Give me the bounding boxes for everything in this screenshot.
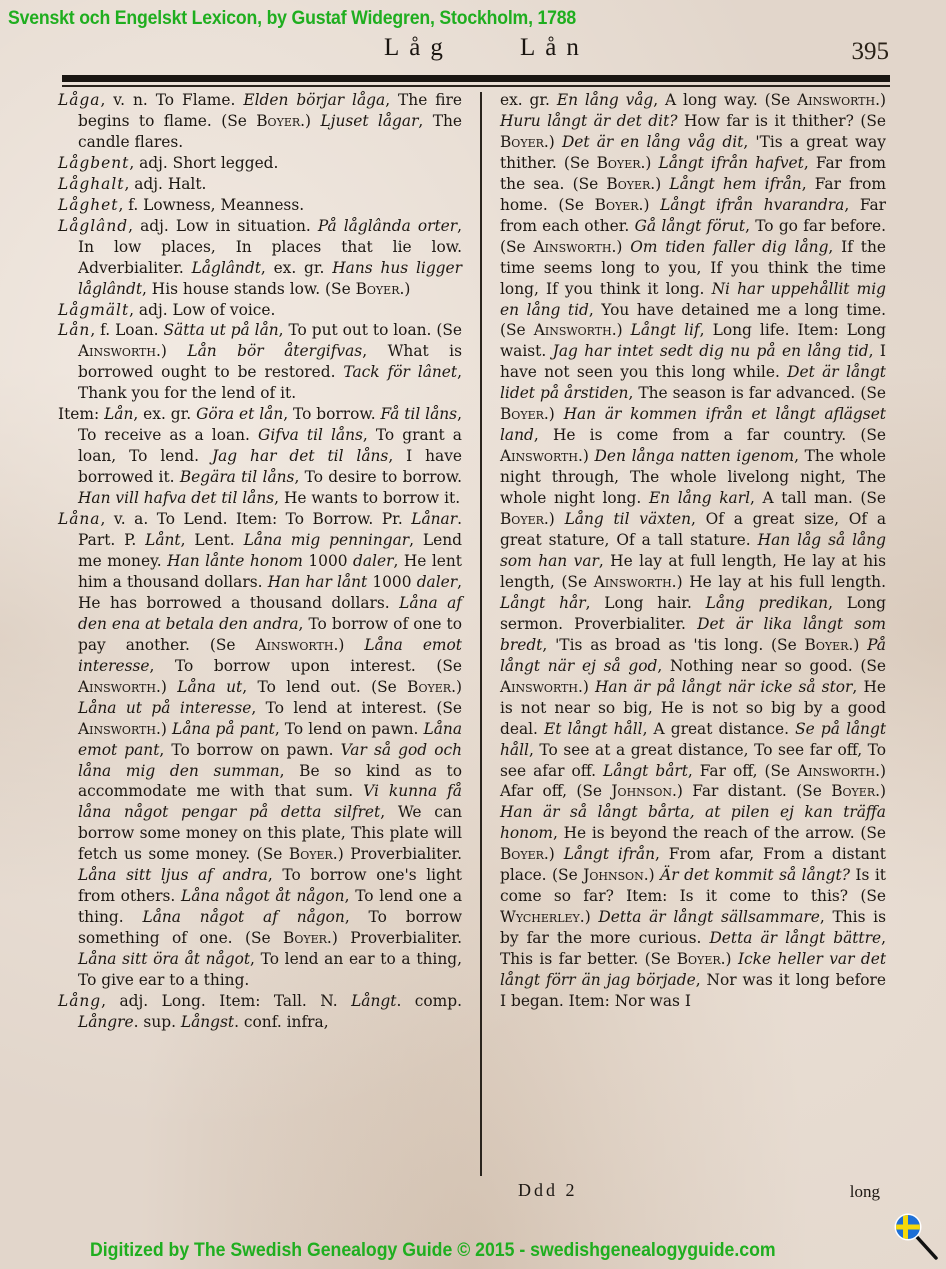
source-reference: Boyer.: [595, 196, 644, 214]
swedish-phrase: Låglândt: [192, 259, 261, 277]
headword: Lån: [58, 321, 90, 339]
entry-text: , adj. Low of voice.: [129, 301, 275, 319]
dictionary-entry: Lågmält, adj. Low of voice.: [58, 300, 462, 321]
source-reference: Boyer.: [356, 280, 405, 298]
swedish-phrase: Långt ifrån hafvet: [659, 154, 804, 172]
swedish-phrase: Ljuset lågar: [320, 112, 418, 130]
headword: Lång: [58, 992, 101, 1010]
entry-text: , To borrow upon interest. (Se: [150, 657, 463, 675]
swedish-phrase: Begära til låns: [180, 468, 295, 486]
source-reference: Boyer.: [407, 678, 456, 696]
swedish-phrase: Långt hem ifrån: [669, 175, 801, 193]
entry-text: , He is beyond the reach of the arrow. (…: [553, 824, 886, 842]
swedish-phrase: Det är en lång våg dit: [562, 133, 743, 151]
source-reference: Ainsworth.: [534, 321, 617, 339]
entry-text: ): [617, 321, 631, 339]
swedish-phrase: Lång til växten: [565, 510, 691, 528]
entry-text: ): [726, 950, 738, 968]
catchword: long: [850, 1182, 880, 1202]
entry-text: Item:: [58, 405, 104, 423]
source-reference: Boyer.: [831, 782, 880, 800]
entry-text: ): [649, 866, 660, 884]
swedish-phrase: Långt lif: [631, 321, 700, 339]
entry-text: , ex. gr.: [133, 405, 196, 423]
swedish-phrase: Han vill hafva det til låns: [78, 489, 274, 507]
entry-text: How far is it thither? (Se: [678, 112, 886, 130]
swedish-phrase: Långst: [181, 1013, 234, 1031]
entry-text: , To lend at interest. (Se: [251, 699, 462, 717]
entry-text: , To put out to loan. (Se: [279, 321, 462, 339]
entry-text: ): [161, 720, 172, 738]
swedish-phrase: Lånt: [145, 531, 181, 549]
left-column: Låga, v. n. To Flame. Elden börjar låga,…: [58, 90, 462, 1033]
entry-text: ): [549, 845, 564, 863]
source-reference: Ainsworth.: [534, 238, 617, 256]
swedish-phrase: Huru långt är det dit?: [500, 112, 678, 130]
source-reference: Boyer.: [500, 510, 549, 528]
entry-text: , adj. Short legged.: [129, 154, 278, 172]
swedish-phrase: Låna sitt öra åt något: [78, 950, 250, 968]
header-rule-thin: [62, 85, 890, 87]
dictionary-entry: Låna, v. a. To Lend. Item: To Borrow. Pr…: [58, 509, 462, 991]
swedish-phrase: Låna sitt ljus af andra: [78, 866, 268, 884]
entry-text: ): [549, 510, 565, 528]
headword: Låglând: [58, 217, 128, 235]
running-head-left-word: Låg: [384, 34, 453, 62]
entry-text: 1000: [308, 552, 353, 570]
entry-text: ) Proverbialiter.: [338, 845, 462, 863]
entry-text: , Lent.: [181, 531, 244, 549]
right-column: ex. gr. En lång våg, A long way. (Se Ain…: [500, 90, 886, 1012]
source-reference: Johnson.: [611, 782, 676, 800]
swedish-phrase: Gå långt förut: [635, 217, 745, 235]
watermark-credit: Digitized by The Swedish Genealogy Guide…: [90, 1240, 776, 1262]
entry-text: 1000: [372, 573, 416, 591]
watermark-title: Svenskt och Engelskt Lexicon, by Gustaf …: [8, 8, 576, 30]
swedish-phrase: Han lånte honom: [167, 552, 308, 570]
entry-text: , ex. gr.: [261, 259, 332, 277]
source-reference: Wycherley.: [500, 908, 585, 926]
entry-text: ) Far distant. (Se: [677, 782, 831, 800]
swedish-phrase: En lång våg: [557, 91, 653, 109]
headword: Låghet: [58, 196, 118, 214]
source-reference: Ainsworth.: [255, 636, 338, 654]
entry-text: , His house stands low. (Se: [142, 280, 356, 298]
entry-text: ): [880, 782, 886, 800]
swedish-phrase: Är det kommit så långt?: [660, 866, 850, 884]
entry-text: , A great distance.: [643, 720, 796, 738]
headword: Låna: [58, 510, 100, 528]
swedish-phrase: Låna på pant: [172, 720, 275, 738]
running-head: Låg Lån 395: [0, 30, 946, 70]
headword: Låghalt: [58, 175, 124, 193]
dictionary-entry: Lång, adj. Long. Item: Tall. N. Långt. c…: [58, 991, 462, 1033]
entry-text: ): [583, 678, 595, 696]
entry-text: ): [305, 112, 320, 130]
entry-text: , To lend on pawn.: [275, 720, 424, 738]
source-reference: Boyer.: [500, 133, 549, 151]
entry-text: , adj. Halt.: [124, 175, 206, 193]
entry-text: , A long way. (Se: [653, 91, 797, 109]
dictionary-entry: Låghet, f. Lowness, Meanness.: [58, 195, 462, 216]
swedish-phrase: Långre: [78, 1013, 134, 1031]
entry-text: , v. a. To Lend. Item: To Borrow. Pr.: [100, 510, 411, 528]
source-reference: Ainsworth.: [797, 91, 880, 109]
swedish-phrase: Jag har intet sedt dig nu på en lång tid: [553, 342, 869, 360]
entry-text: , To desire to borrow.: [294, 468, 462, 486]
swedish-phrase: Lånar: [411, 510, 457, 528]
entry-text: ): [161, 342, 188, 360]
entry-text: ): [549, 133, 562, 151]
source-reference: Boyer.: [606, 175, 655, 193]
header-rule-thick: [62, 75, 890, 82]
entry-text: , 'Tis as broad as 'tis long. (Se: [542, 636, 804, 654]
entry-text: , To lend out. (Se: [242, 678, 407, 696]
headword: Lågmält: [58, 301, 129, 319]
swedish-phrase: Låna något åt någon: [181, 887, 345, 905]
signature-mark: Ddd 2: [518, 1180, 578, 1201]
entry-text: , v. n. To Flame.: [100, 91, 243, 109]
entry-text: . conf. infra,: [234, 1013, 328, 1031]
entry-text: ): [583, 447, 595, 465]
headword: Låga: [58, 91, 100, 109]
entry-text: , He is come from a far country. (Se: [534, 426, 886, 444]
source-reference: Ainsworth.: [797, 762, 880, 780]
swedish-phrase: Låna något af någon: [143, 908, 345, 926]
swedish-phrase: Lån bör återgifvas: [187, 342, 362, 360]
entry-text: ): [161, 678, 177, 696]
swedish-phrase: En lång karl: [649, 489, 750, 507]
entry-text: , To borrow on pawn.: [159, 741, 340, 759]
source-reference: Ainsworth.: [78, 342, 161, 360]
entry-text: . sup.: [134, 1013, 181, 1031]
swedish-phrase: Den långa natten igenom: [595, 447, 795, 465]
source-reference: Ainsworth.: [594, 573, 677, 591]
swedish-phrase: Långt ifrån hvarandra: [660, 196, 844, 214]
entry-text: , f. Lowness, Meanness.: [118, 196, 304, 214]
swedish-phrase: Jag har det til låns: [212, 447, 388, 465]
column-divider: [480, 92, 482, 1176]
source-reference: Ainsworth.: [500, 678, 583, 696]
entry-text: ): [585, 908, 599, 926]
source-reference: Ainsworth.: [500, 447, 583, 465]
swedish-phrase: Elden börjar låga: [243, 91, 385, 109]
entry-text: ): [880, 91, 886, 109]
entry-text: , adj. Long. Item: Tall. N.: [101, 992, 351, 1010]
entry-text: ): [645, 154, 658, 172]
swedish-phrase: Låna ut: [177, 678, 242, 696]
source-reference: Boyer.: [256, 112, 305, 130]
running-head-right-word: Lån: [520, 34, 589, 62]
source-reference: Boyer.: [677, 950, 726, 968]
entry-text: , The season is far advanced. (Se: [628, 384, 886, 402]
dictionary-entry: Item: Lån, ex. gr. Göra et lån, To borro…: [58, 404, 462, 509]
source-reference: Boyer.: [500, 845, 549, 863]
source-reference: Johnson.: [583, 866, 648, 884]
swedish-phrase: Tack för lânet: [343, 363, 457, 381]
entry-text: ): [338, 636, 364, 654]
entry-text: ex. gr.: [500, 91, 557, 109]
dictionary-entry: ex. gr. En lång våg, A long way. (Se Ain…: [500, 90, 886, 1012]
dictionary-entry: Låglând, adj. Low in situation. På låglâ…: [58, 216, 462, 300]
dictionary-entry: Lån, f. Loan. Sätta ut på lån, To put ou…: [58, 320, 462, 404]
source-reference: Boyer.: [597, 154, 646, 172]
entry-text: ) He lay at his full length.: [677, 573, 886, 591]
entry-text: ): [616, 238, 630, 256]
swedish-phrase: Lång predikan: [706, 594, 828, 612]
entry-text: , f. Loan.: [90, 321, 163, 339]
swedish-phrase: Han är på långt när icke så stor: [595, 678, 852, 696]
swedish-phrase: Låna mig penningar: [244, 531, 410, 549]
entry-text: ): [655, 175, 669, 193]
entry-text: , Nothing near so good. (Se: [657, 657, 886, 675]
entry-text: , adj. Low in situation.: [128, 217, 318, 235]
entry-text: ): [853, 636, 867, 654]
entry-text: , Far off, (Se: [688, 762, 797, 780]
swedish-phrase: Långt ifrån: [564, 845, 655, 863]
entry-text: ): [643, 196, 660, 214]
dictionary-entry: Låghalt, adj. Halt.: [58, 174, 462, 195]
entry-text: , To borrow.: [283, 405, 380, 423]
swedish-phrase: Långt hår: [500, 594, 586, 612]
source-reference: Ainsworth.: [78, 720, 161, 738]
entry-text: , He wants to borrow it.: [274, 489, 460, 507]
swedish-phrase: daler: [353, 552, 393, 570]
swedish-phrase: daler: [417, 573, 457, 591]
dictionary-entry: Lågbent, adj. Short legged.: [58, 153, 462, 174]
source-reference: Boyer.: [500, 405, 549, 423]
swedish-phrase: Gifva til låns: [258, 426, 363, 444]
swedish-phrase: Detta är långt bättre: [709, 929, 881, 947]
swedish-phrase: Låna ut på interesse: [78, 699, 251, 717]
swedish-phrase: Få til låns: [381, 405, 458, 423]
swedish-phrase: Et långt håll: [544, 720, 643, 738]
page-number: 395: [852, 38, 890, 66]
entry-text: ): [549, 405, 564, 423]
swedish-phrase: Långt: [351, 992, 396, 1010]
swedish-phrase: Om tiden faller dig lång: [630, 238, 828, 256]
entry-text: . comp.: [396, 992, 462, 1010]
swedish-phrase: Han har lånt: [268, 573, 373, 591]
swedish-phrase: Sätta ut på lån: [163, 321, 278, 339]
sweden-flag-magnifier-icon[interactable]: [892, 1212, 942, 1264]
source-reference: Boyer.: [805, 636, 854, 654]
swedish-phrase: Detta är långt sällsammare: [598, 908, 819, 926]
swedish-phrase: Lån: [104, 405, 133, 423]
entry-text: ): [456, 678, 462, 696]
entry-text: , A tall man. (Se: [750, 489, 886, 507]
source-reference: Boyer.: [289, 845, 338, 863]
headword: Lågbent: [58, 154, 129, 172]
entry-text: ) Proverbialiter.: [332, 929, 462, 947]
swedish-phrase: På låglânda orter: [318, 217, 457, 235]
source-reference: Ainsworth.: [78, 678, 161, 696]
entry-text: ): [404, 280, 410, 298]
source-reference: Boyer.: [283, 929, 332, 947]
swedish-phrase: Långt bårt: [603, 762, 688, 780]
swedish-phrase: Göra et lån: [196, 405, 283, 423]
dictionary-entry: Låga, v. n. To Flame. Elden börjar låga,…: [58, 90, 462, 153]
entry-text: , Long hair.: [586, 594, 706, 612]
